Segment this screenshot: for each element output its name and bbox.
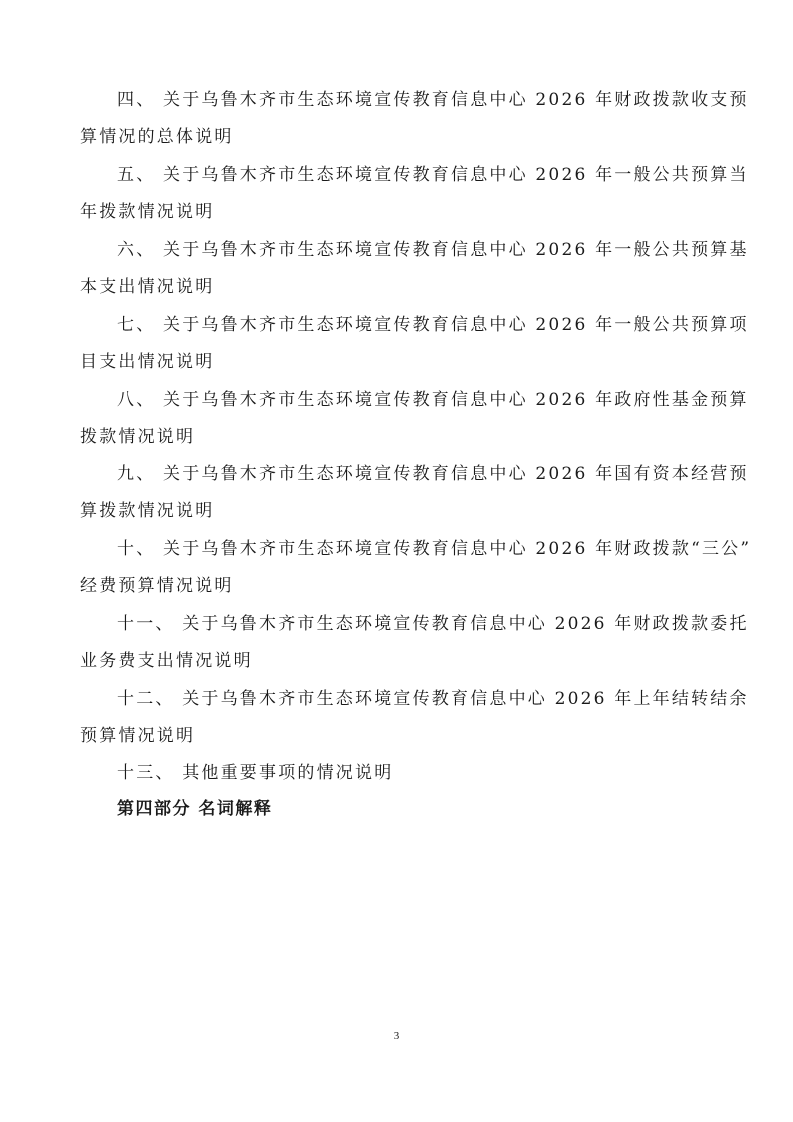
toc-entry-10-line2: 经费预算情况说明 — [80, 576, 234, 596]
toc-entry-4-line2: 算情况的总体说明 — [80, 127, 234, 147]
toc-entry-12-line2: 预算情况说明 — [80, 726, 195, 746]
toc-entry-8-line1: 八、 关于乌鲁木齐市生态环境宣传教育信息中心 2026 年政府性基金预算 — [117, 390, 749, 410]
toc-entry-5-line1: 五、 关于乌鲁木齐市生态环境宣传教育信息中心 2026 年一般公共预算当 — [117, 165, 749, 185]
toc-entry-10-line1: 十、 关于乌鲁木齐市生态环境宣传教育信息中心 2026 年财政拨款“三公” — [117, 539, 751, 559]
toc-entry-13: 十三、 其他重要事项的情况说明 — [117, 763, 393, 783]
document-page: 四、 关于乌鲁木齐市生态环境宣传教育信息中心 2026 年财政拨款收支预 算情况… — [0, 0, 793, 1122]
toc-entry-6-line2: 本支出情况说明 — [80, 277, 214, 297]
toc-entry-11-line2: 业务费支出情况说明 — [80, 651, 253, 671]
toc-entry-6-line1: 六、 关于乌鲁木齐市生态环境宣传教育信息中心 2026 年一般公共预算基 — [117, 240, 749, 260]
toc-entry-4-line1: 四、 关于乌鲁木齐市生态环境宣传教育信息中心 2026 年财政拨款收支预 — [117, 90, 749, 110]
toc-entry-9-line1: 九、 关于乌鲁木齐市生态环境宣传教育信息中心 2026 年国有资本经营预 — [117, 464, 749, 484]
toc-entry-9-line2: 算拨款情况说明 — [80, 501, 214, 521]
toc-entry-7-line2: 目支出情况说明 — [80, 352, 214, 372]
page-number: 3 — [0, 1030, 793, 1042]
toc-entry-8-line2: 拨款情况说明 — [80, 427, 195, 447]
toc-entry-11-line1: 十一、 关于乌鲁木齐市生态环境宣传教育信息中心 2026 年财政拨款委托 — [117, 614, 749, 634]
toc-entry-5-line2: 年拨款情况说明 — [80, 202, 214, 222]
toc-entry-7-line1: 七、 关于乌鲁木齐市生态环境宣传教育信息中心 2026 年一般公共预算项 — [117, 315, 749, 335]
toc-entry-12-line1: 十二、 关于乌鲁木齐市生态环境宣传教育信息中心 2026 年上年结转结余 — [117, 689, 749, 709]
section-heading: 第四部分 名词解释 — [117, 799, 272, 819]
